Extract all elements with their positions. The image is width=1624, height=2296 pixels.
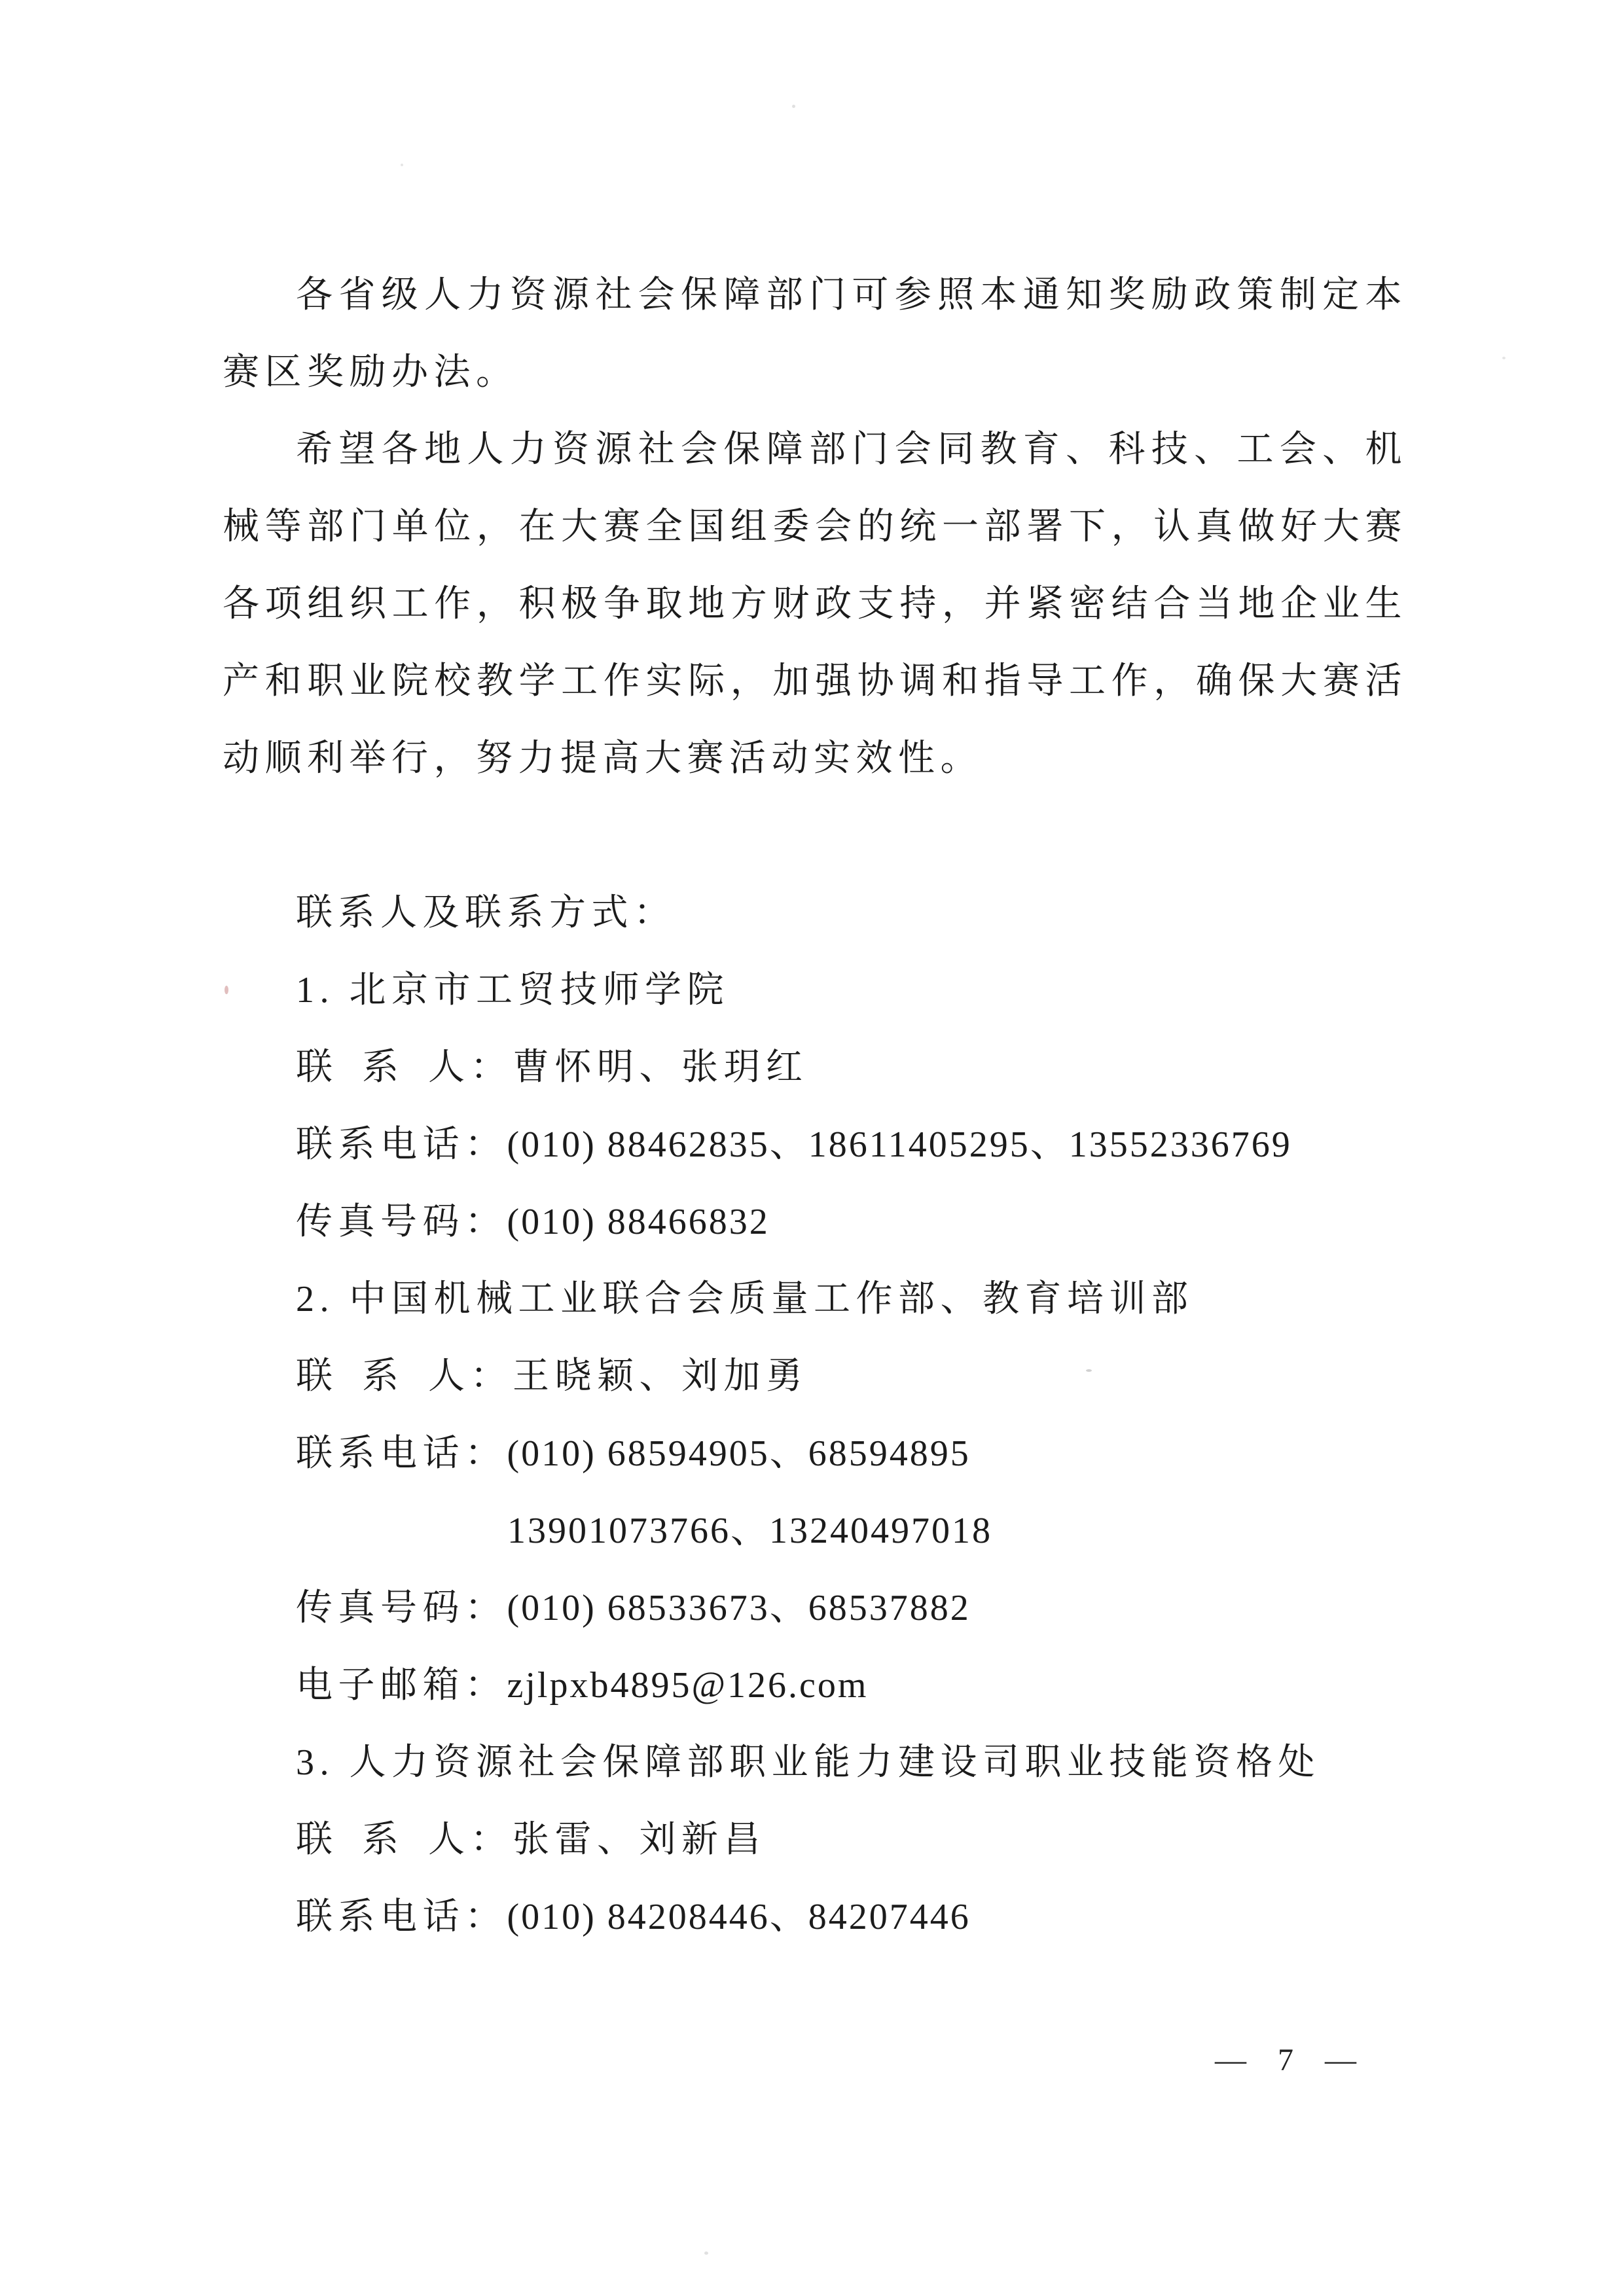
paragraph-2-line-4: 产和职业院校教学工作实际，加强协调和指导工作，确保大赛活 <box>223 643 1407 720</box>
phone-value: (010) 68594905、68594895 <box>507 1433 971 1474</box>
document-body: 各省级人力资源社会保障部门可参照本通知奖励政策制定本 赛区奖励办法。 希望各地人… <box>223 257 1407 1956</box>
scan-speck <box>704 2251 708 2255</box>
email-value: zjlpxb4895@126.com <box>507 1665 869 1706</box>
contact-3-person-line: 联 系 人：张雷、刘新昌 <box>223 1801 1407 1878</box>
contact-3-org: 3. 人力资源社会保障部职业能力建设司职业技能资格处 <box>223 1724 1407 1801</box>
scan-speck <box>792 105 795 108</box>
person-value: 曹怀明、张玥红 <box>513 1047 808 1088</box>
email-label: 电子邮箱： <box>296 1665 507 1706</box>
contact-2-phone-continuation: 13901073766、13240497018 <box>223 1492 1407 1570</box>
person-label: 联 系 人： <box>296 1820 513 1860</box>
person-label: 联 系 人： <box>296 1047 513 1088</box>
contact-2-fax-line: 传真号码：(010) 68533673、68537882 <box>223 1570 1407 1647</box>
phone-value: (010) 84208446、84207446 <box>507 1897 971 1937</box>
scanned-document-page: 各省级人力资源社会保障部门可参照本通知奖励政策制定本 赛区奖励办法。 希望各地人… <box>0 0 1624 2296</box>
contact-3-phone-line: 联系电话：(010) 84208446、84207446 <box>223 1878 1407 1956</box>
page-number: — 7 — <box>1215 2041 1368 2080</box>
phone-label: 联系电话： <box>296 1897 507 1937</box>
contact-2-person-line: 联 系 人：王晓颖、刘加勇 <box>223 1338 1407 1415</box>
person-value: 张雷、刘新昌 <box>513 1820 766 1860</box>
person-label: 联 系 人： <box>296 1356 513 1397</box>
paragraph-1-line-1: 各省级人力资源社会保障部门可参照本通知奖励政策制定本 <box>223 257 1407 334</box>
contact-1-org: 1. 北京市工贸技师学院 <box>223 952 1407 1029</box>
person-value: 王晓颖、刘加勇 <box>513 1356 808 1397</box>
phone-value: (010) 88462835、18611405295、13552336769 <box>507 1124 1292 1165</box>
contact-2-email-line: 电子邮箱：zjlpxb4895@126.com <box>223 1647 1407 1724</box>
fax-value: (010) 88466832 <box>507 1202 770 1242</box>
scan-speck <box>1086 1369 1092 1372</box>
contact-1-person-line: 联 系 人：曹怀明、张玥红 <box>223 1029 1407 1106</box>
scan-speck <box>225 986 228 994</box>
contact-2-phone-line: 联系电话：(010) 68594905、68594895 <box>223 1415 1407 1492</box>
paragraph-2-line-1: 希望各地人力资源社会保障部门会同教育、科技、工会、机 <box>223 411 1407 488</box>
paragraph-2-line-3: 各项组织工作，积极争取地方财政支持，并紧密结合当地企业生 <box>223 565 1407 643</box>
phone-label: 联系电话： <box>296 1433 507 1474</box>
contacts-heading: 联系人及联系方式： <box>223 874 1407 952</box>
blank-line <box>223 797 1407 874</box>
contact-1-fax-line: 传真号码：(010) 88466832 <box>223 1183 1407 1261</box>
paragraph-2-line-5: 动顺利举行，努力提高大赛活动实效性。 <box>223 720 1407 797</box>
fax-label: 传真号码： <box>296 1202 507 1242</box>
phone-label: 联系电话： <box>296 1124 507 1165</box>
fax-label: 传真号码： <box>296 1588 507 1628</box>
paragraph-2-line-2: 械等部门单位，在大赛全国组委会的统一部署下，认真做好大赛 <box>223 488 1407 565</box>
fax-value: (010) 68533673、68537882 <box>507 1588 971 1628</box>
contact-2-org: 2. 中国机械工业联合会质量工作部、教育培训部 <box>223 1261 1407 1338</box>
contact-1-phone-line: 联系电话：(010) 88462835、18611405295、13552336… <box>223 1106 1407 1183</box>
scan-speck <box>1502 357 1506 359</box>
scan-speck <box>401 164 403 166</box>
paragraph-1-line-2: 赛区奖励办法。 <box>223 334 1407 411</box>
phone-value-continued: 13901073766、13240497018 <box>507 1511 992 1551</box>
